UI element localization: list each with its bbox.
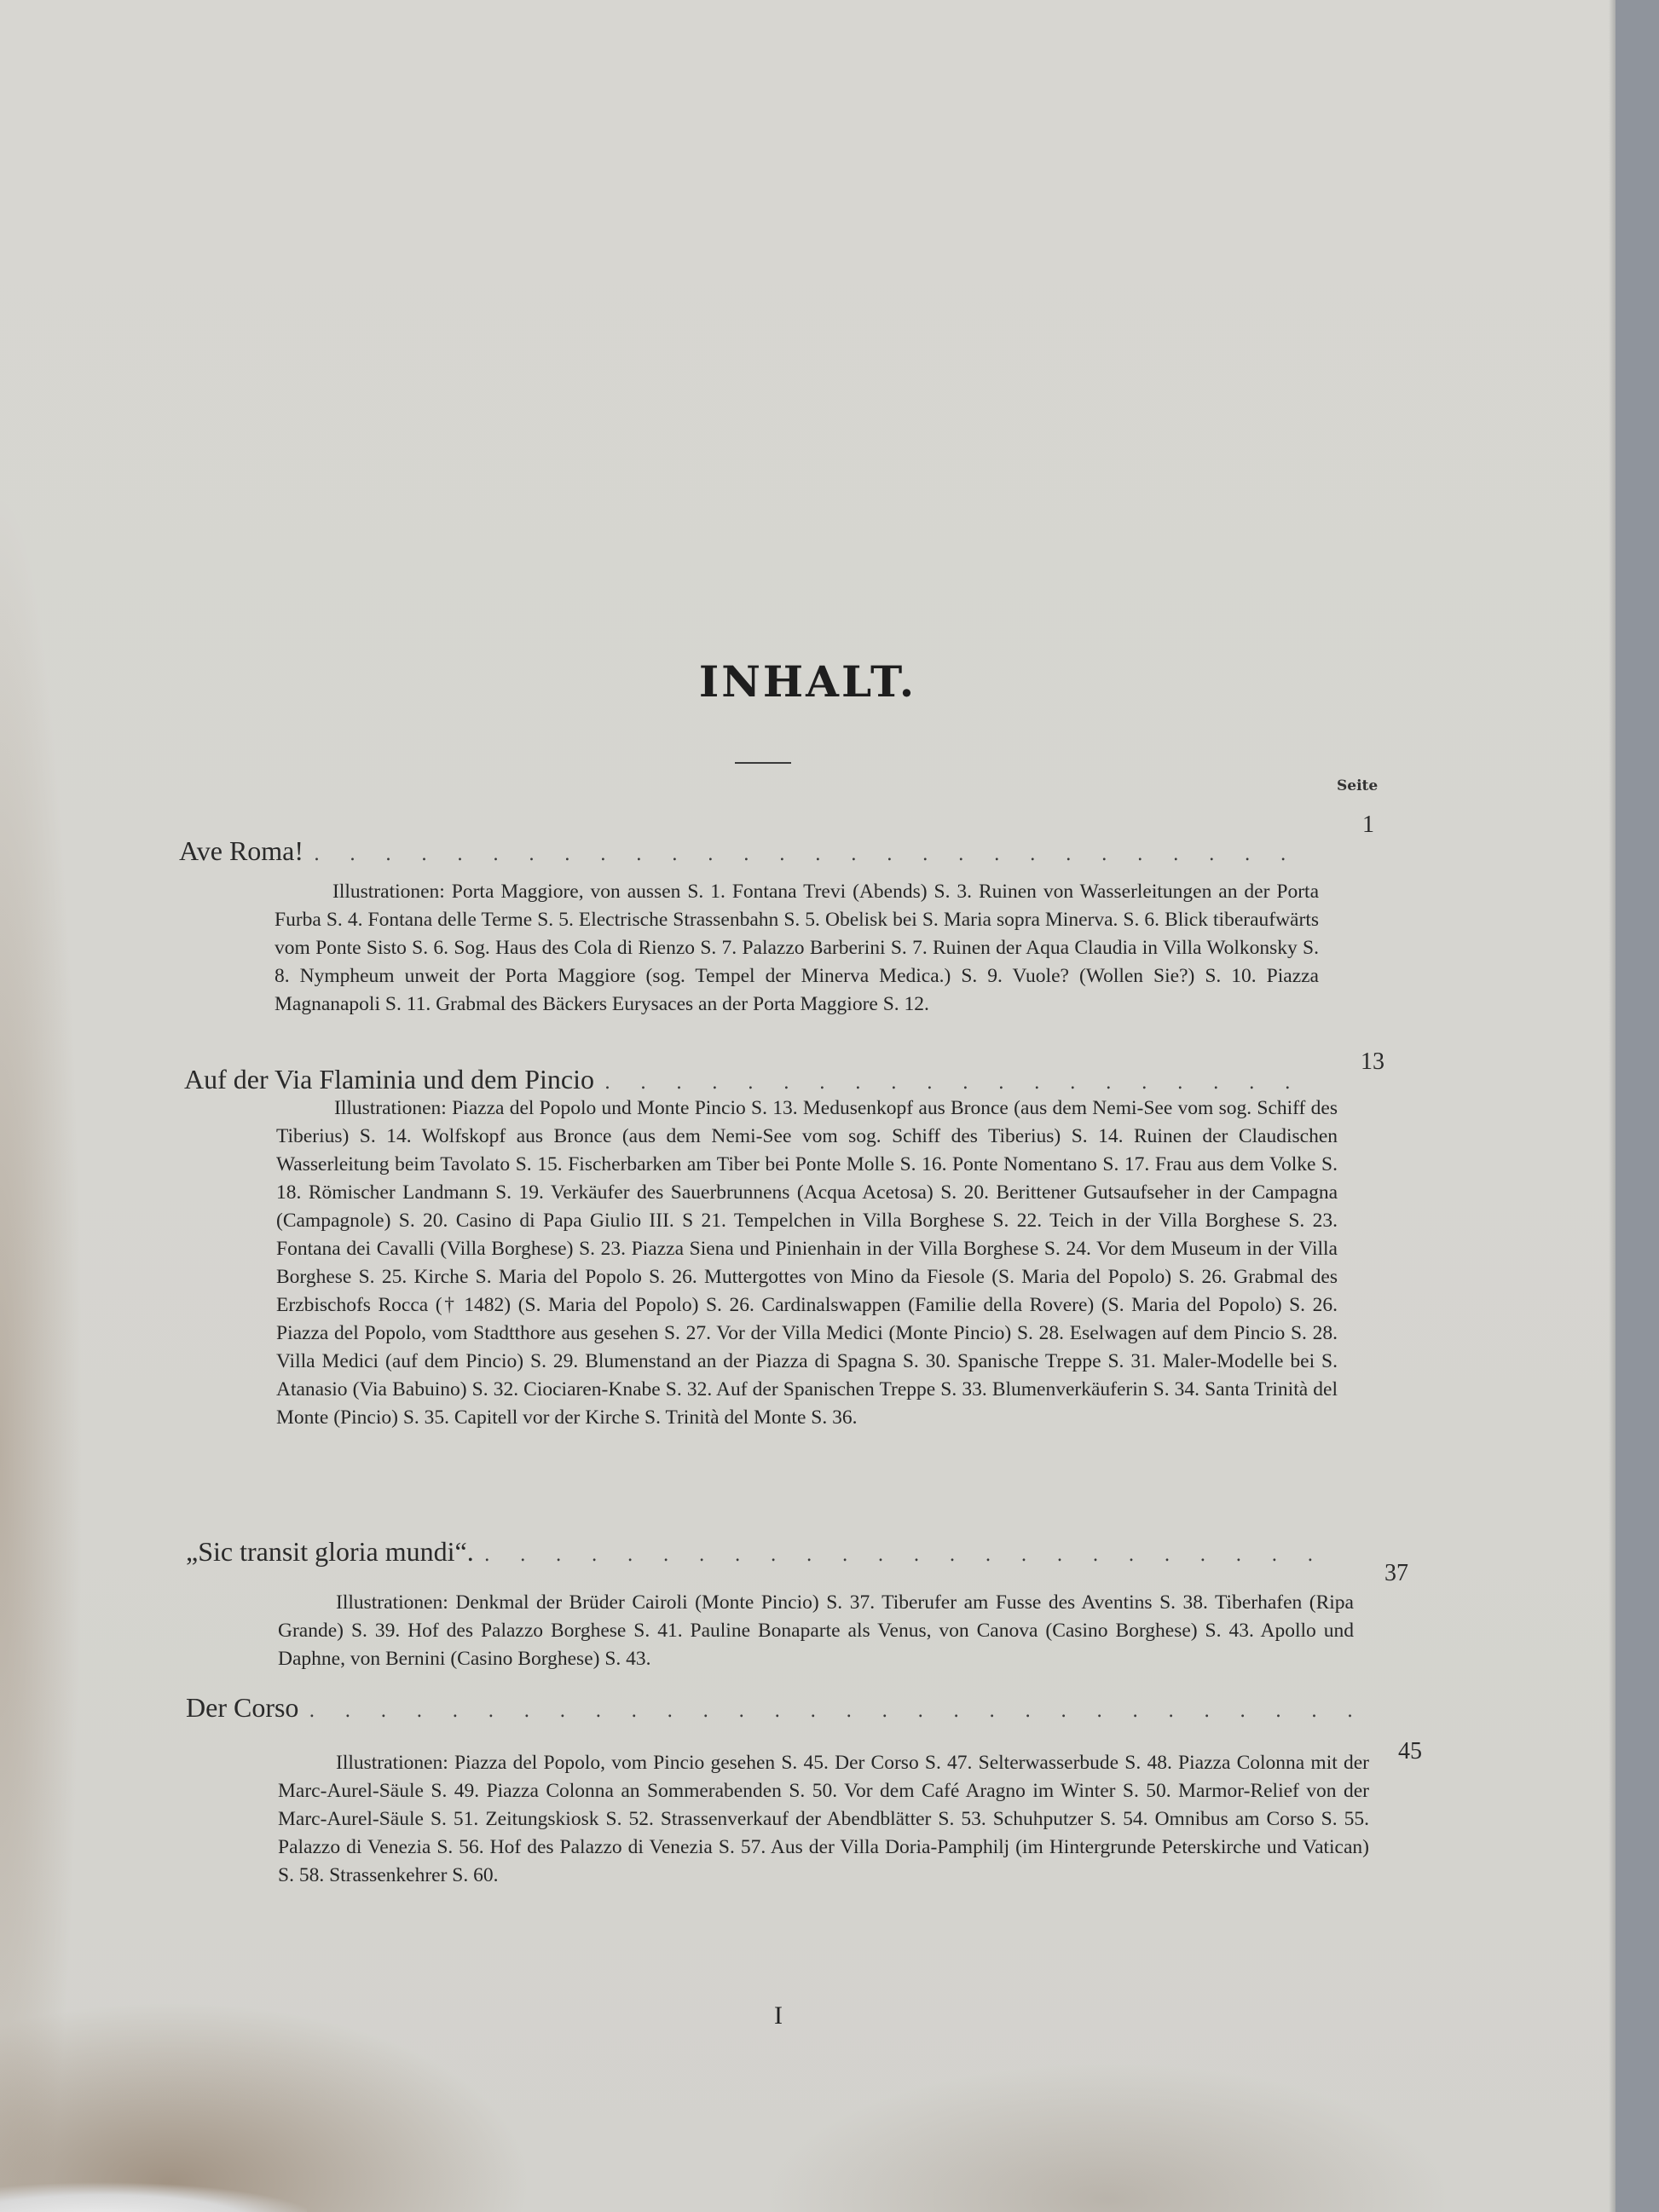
toc-entry-illustrations: Illustrationen: Piazza del Popolo und Mo… (276, 1094, 1338, 1432)
toc-entry-page-number: 45 (1398, 1738, 1422, 1765)
toc-entry-page-number: 37 (1384, 1560, 1408, 1587)
toc-entry-heading: Auf der Via Flaminia und dem Pincio . . … (184, 1064, 1331, 1095)
leader-dots: . . . . . . . . . . . . . . . . . . . . … (314, 844, 1311, 865)
toc-entry-page-number: 1 (1362, 811, 1374, 839)
toc-entry-heading: Der Corso . . . . . . . . . . . . . . . … (186, 1692, 1371, 1724)
table-of-contents: Ave Roma! . . . . . . . . . . . . . . . … (0, 0, 1616, 2212)
page-number: I (774, 2001, 783, 2030)
toc-entry-title: Der Corso (186, 1692, 298, 1724)
toc-entry-heading: Ave Roma! . . . . . . . . . . . . . . . … (179, 835, 1321, 867)
toc-entry-illustrations: Illustrationen: Piazza del Popolo, vom P… (278, 1749, 1369, 1890)
leader-dots: . . . . . . . . . . . . . . . . . . . . … (604, 1072, 1321, 1094)
toc-entry: Auf der Via Flaminia und dem Pincio . . … (184, 1064, 1412, 1095)
toc-entry-illustrations: Illustrationen: Denkmal der Brüder Cairo… (278, 1589, 1354, 1673)
leader-dots: . . . . . . . . . . . . . . . . . . . . … (309, 1701, 1361, 1722)
leader-dots: . . . . . . . . . . . . . . . . . . . . … (484, 1545, 1344, 1566)
toc-entry-illustrations: Illustrationen: Porta Maggiore, von auss… (275, 878, 1319, 1019)
fur-object-corner (0, 2161, 307, 2212)
toc-entry: „Sic transit gloria mundi“. . . . . . . … (186, 1536, 1431, 1568)
toc-entry-title: Ave Roma! (179, 835, 303, 867)
toc-entry-heading: „Sic transit gloria mundi“. . . . . . . … (186, 1536, 1354, 1568)
toc-entry: Ave Roma! . . . . . . . . . . . . . . . … (179, 835, 1390, 867)
toc-entry-page-number: 13 (1361, 1048, 1384, 1076)
toc-entry: Der Corso . . . . . . . . . . . . . . . … (186, 1692, 1456, 1724)
toc-entry-title: „Sic transit gloria mundi“. (186, 1536, 474, 1568)
book-page: INHALT. Seite Ave Roma! . . . . . . . . … (0, 0, 1616, 2212)
toc-entry-title: Auf der Via Flaminia und dem Pincio (184, 1064, 594, 1095)
